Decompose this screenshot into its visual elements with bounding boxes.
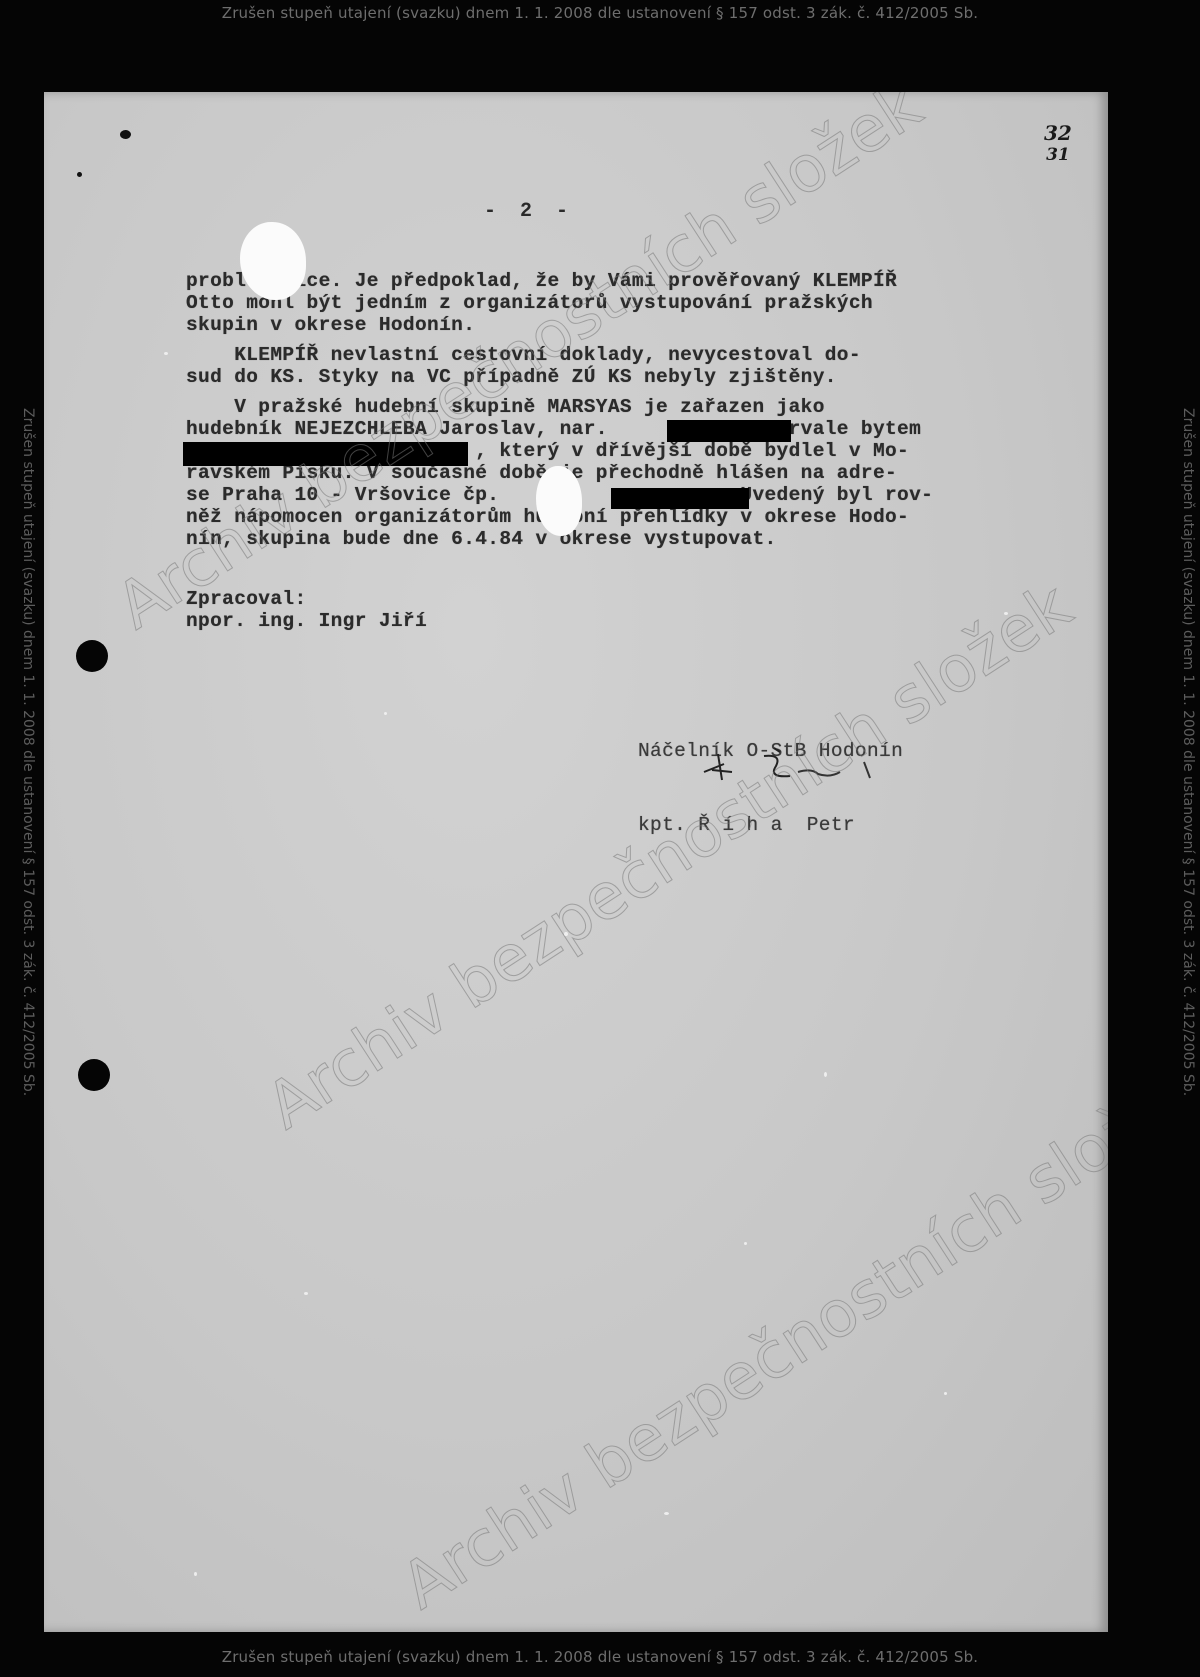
- redaction-birthdate: [667, 420, 791, 442]
- punch-hole: [78, 1059, 110, 1091]
- ink-spot: [120, 130, 131, 139]
- folio-mark-current: 32: [1044, 122, 1072, 144]
- declassification-notice-right: Zrušen stupeň utajení (svazku) dnem 1. 1…: [1180, 408, 1196, 1096]
- erasure-blot: [536, 466, 582, 536]
- page-number: - 2 -: [484, 200, 574, 223]
- folio-mark-previous: 31: [1044, 144, 1072, 166]
- prepared-by-name: npor. ing. Ingr Jiří: [186, 610, 427, 632]
- body-line: skupin v okrese Hodonín.: [186, 314, 475, 336]
- declassification-notice-top: Zrušen stupeň utajení (svazku) dnem 1. 1…: [0, 4, 1200, 22]
- declassification-notice-bottom: Zrušen stupeň utajení (svazku) dnem 1. 1…: [0, 1648, 1200, 1666]
- punch-hole: [76, 640, 108, 672]
- watermark: Archiv bezpečnostních složek: [389, 1049, 1108, 1624]
- document-page: 32 31 - 2 - probl atice. Je předpoklad, …: [44, 92, 1108, 1632]
- erasure-blot: [240, 222, 306, 300]
- ink-spot: [77, 172, 82, 177]
- folio-number: 32 31: [1044, 122, 1072, 166]
- declassification-notice-left: Zrušen stupeň utajení (svazku) dnem 1. 1…: [20, 408, 36, 1096]
- watermark: Archiv bezpečnostních složek: [254, 569, 1084, 1144]
- redaction-street: [611, 488, 749, 509]
- body-line: hudebník NEJEZCHLEBA Jaroslav, nar. , tr…: [186, 418, 921, 440]
